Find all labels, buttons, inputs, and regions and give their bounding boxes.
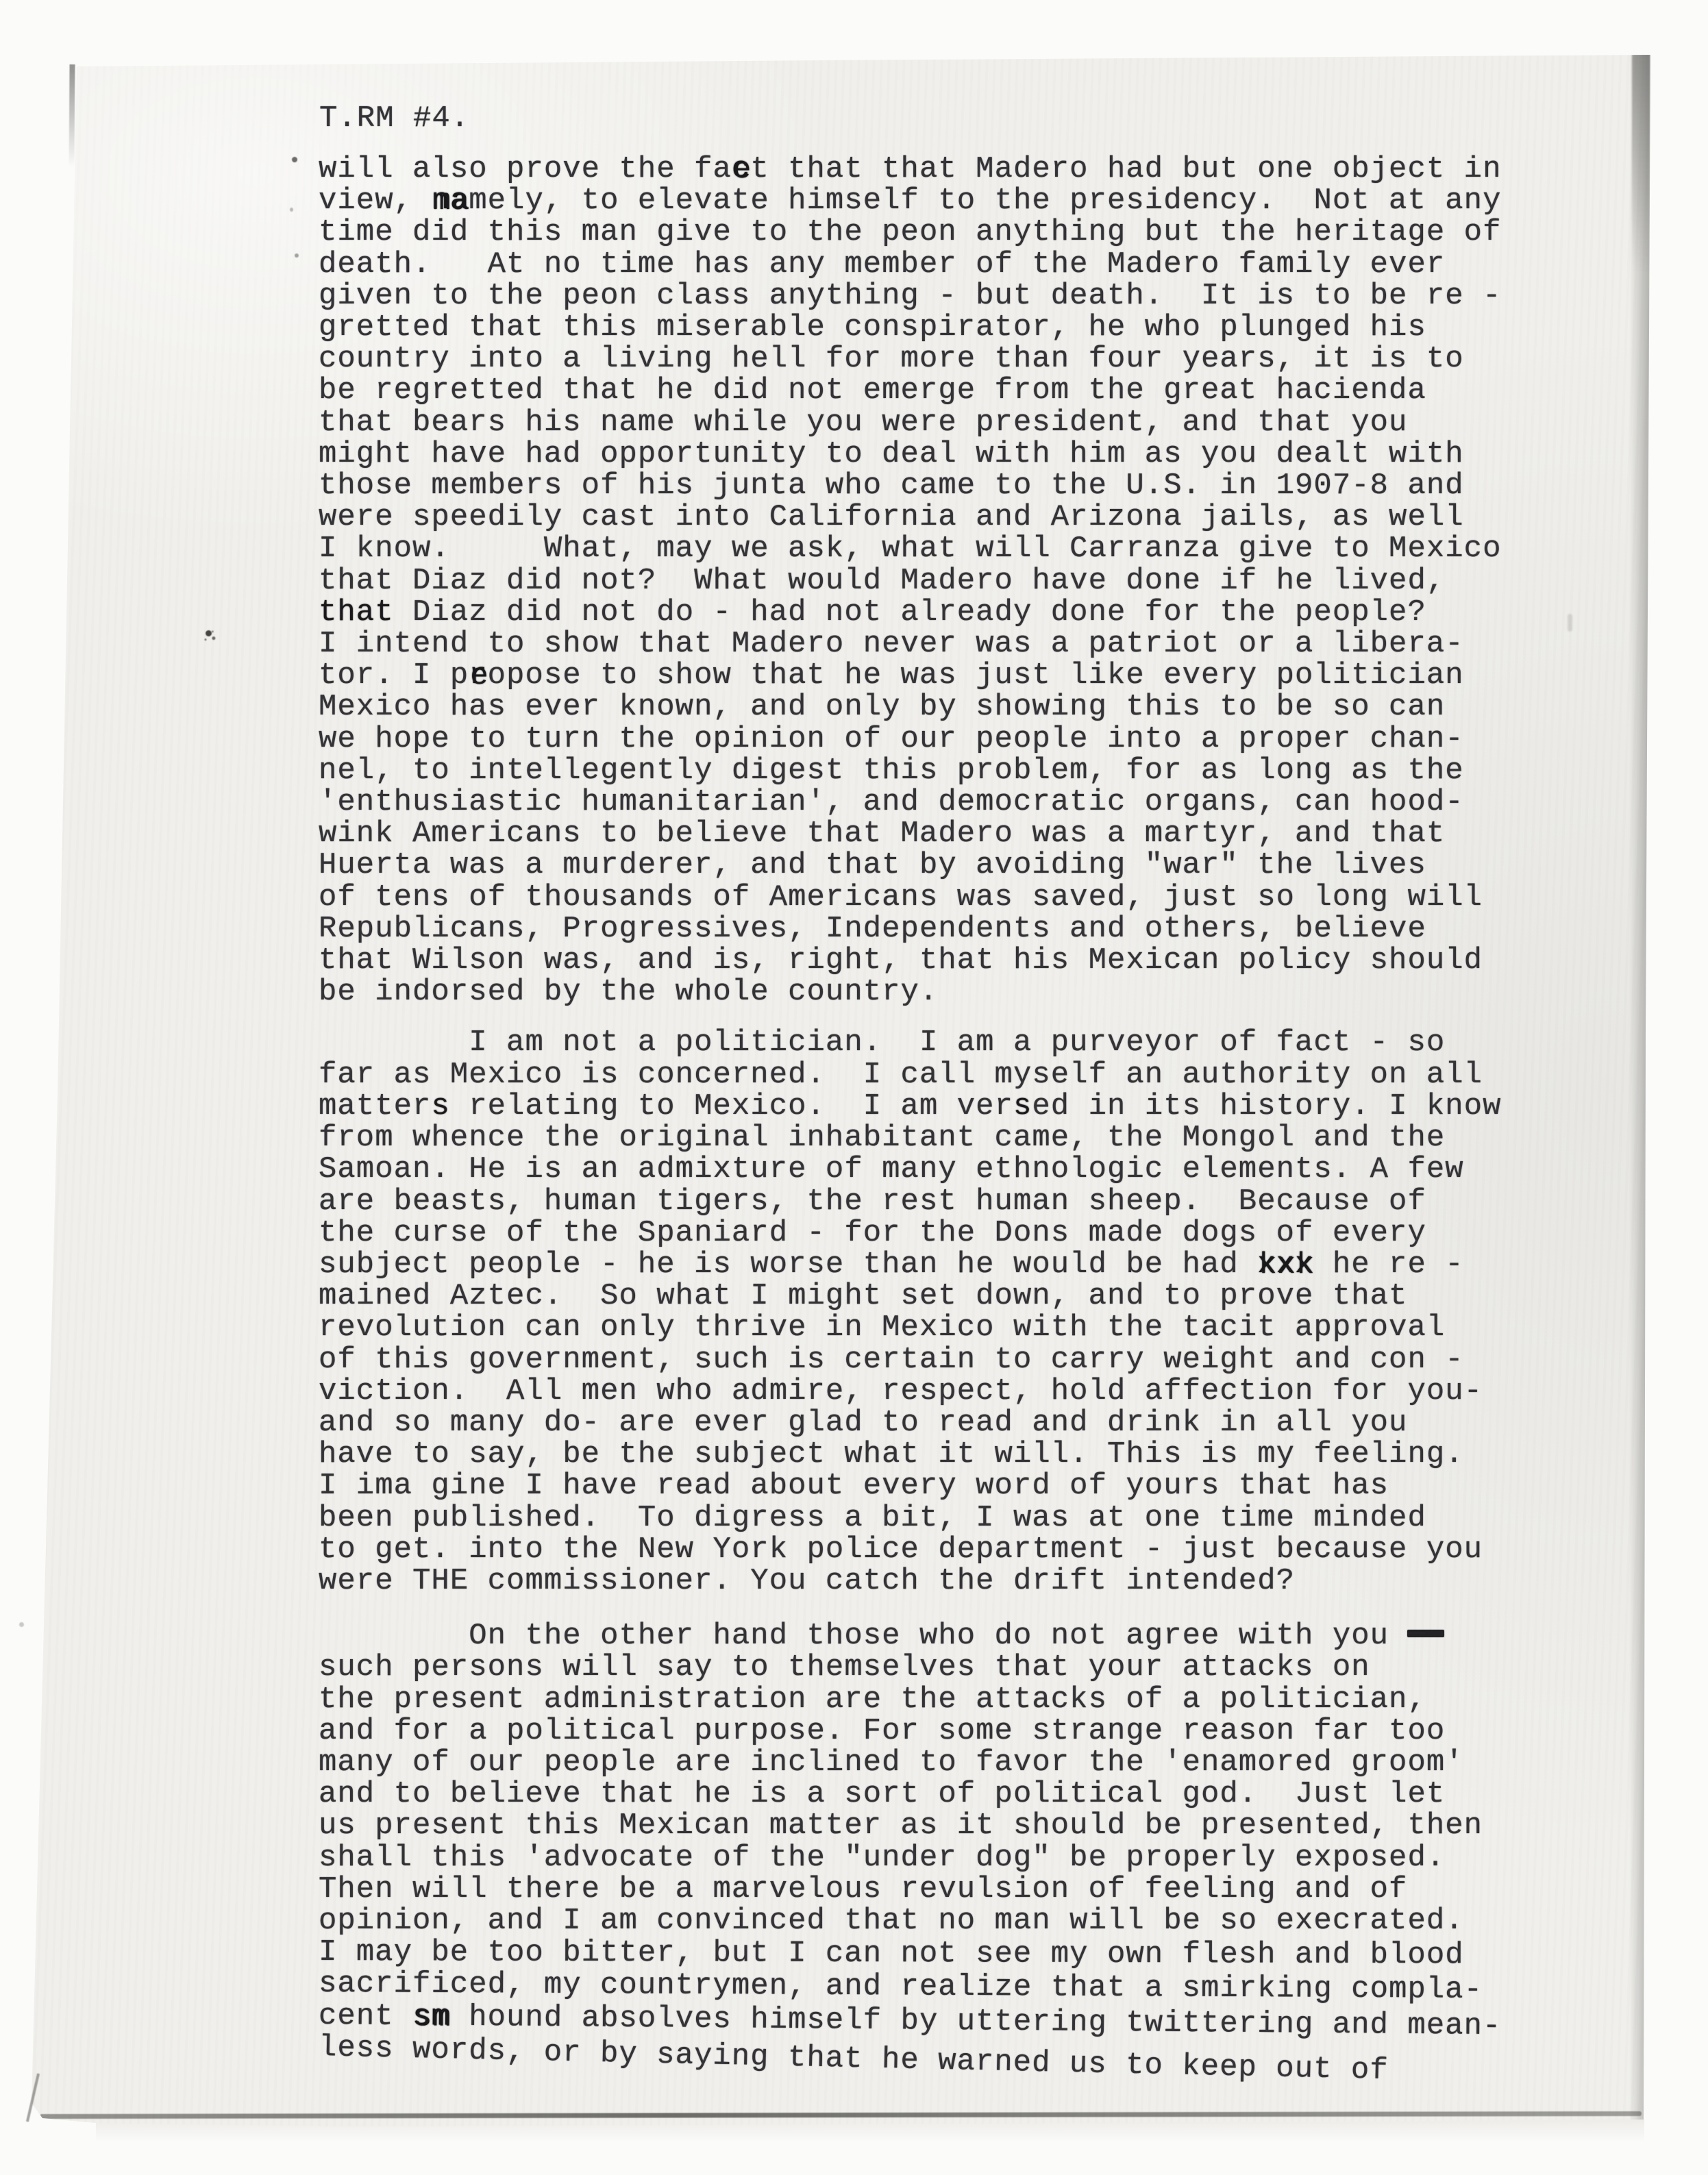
overstruck-text: s <box>1013 1089 1032 1123</box>
paper-right-edge-shadow-top <box>1632 53 1650 273</box>
overstruck-text: that <box>319 595 394 630</box>
text-line: Then will there be a marvelous revulsion… <box>319 1874 1545 1905</box>
overstruck-text: xxx <box>1257 1249 1313 1280</box>
text-line: Mexico has ever known, and only by showi… <box>319 691 1545 723</box>
paragraph: will also prove the fact that that Mader… <box>319 153 1545 1008</box>
ink-speck <box>19 1622 24 1627</box>
typewritten-text: will also prove the fact that that Mader… <box>319 153 1545 2063</box>
ink-speck <box>290 208 293 212</box>
text-line: Samoan. He is an admixture of many ethno… <box>319 1154 1545 1185</box>
text-line: been published. To digress a bit, I was … <box>319 1502 1545 1534</box>
text-line: death. At no time has any member of the … <box>319 249 1545 280</box>
text-line: Huerta was a murderer, and that by avoid… <box>319 849 1545 881</box>
text-line: the present administration are the attac… <box>319 1684 1545 1715</box>
text-line: opinion, and I am convinced that no man … <box>319 1905 1545 1937</box>
text-line: view, namely, to elevate himself to the … <box>319 185 1545 216</box>
text-line: were THE commissioner. You catch the dri… <box>319 1565 1545 1597</box>
text-line: revolution can only thrive in Mexico wit… <box>319 1312 1545 1343</box>
text-line: far as Mexico is concerned. I call mysel… <box>319 1059 1545 1091</box>
text-line: gretted that this miserable conspirator,… <box>319 312 1545 343</box>
overstruck-text: sm <box>412 2001 450 2033</box>
text-line: that Diaz did not? What would Madero hav… <box>319 565 1545 597</box>
text-line: that bears his name while you were presi… <box>319 407 1545 438</box>
paper-right-edge-shadow <box>1629 53 1650 2122</box>
text-line: to get. into the New York police departm… <box>319 1534 1545 1565</box>
text-line: be regretted that he did not emerge from… <box>319 375 1545 406</box>
ink-speck <box>292 157 297 162</box>
overstruck-text: c <box>732 153 750 185</box>
text-line: time did this man give to the peon anyth… <box>319 216 1545 248</box>
overstruck-text: s <box>431 1089 449 1123</box>
text-line: matters relating to Mexico. I am versed … <box>319 1091 1545 1122</box>
paragraph: On the other hand those who do not agree… <box>319 1620 1545 2063</box>
text-line: viction. All men who admire, respect, ho… <box>319 1376 1545 1407</box>
text-line: I am not a politician. I am a purveyor o… <box>319 1027 1545 1058</box>
text-line: country into a living hell for more than… <box>319 343 1545 375</box>
text-line: I intend to show that Madero never was a… <box>319 628 1545 660</box>
text-line: we hope to turn the opinion of our peopl… <box>319 723 1545 755</box>
text-line: might have had opportunity to deal with … <box>319 438 1545 470</box>
text-line: mained Aztec. So what I might set down, … <box>319 1280 1545 1312</box>
text-line: from whence the original inhabitant came… <box>319 1122 1545 1154</box>
text-line: of this government, such is certain to c… <box>319 1344 1545 1376</box>
text-line: many of our people are inclined to favor… <box>319 1747 1545 1778</box>
ink-speck <box>295 253 299 258</box>
text-line: and so many do- are ever glad to read an… <box>319 1407 1545 1439</box>
text-line: tor. I propose to show that he was just … <box>319 660 1545 691</box>
text-line: were speedily cast into California and A… <box>319 501 1545 533</box>
text-line: such persons will say to themselves that… <box>319 1652 1545 1683</box>
text-line: have to say, be the subject what it will… <box>319 1439 1545 1470</box>
text-line: nel, to intellegently digest this proble… <box>319 755 1545 786</box>
scan-streak <box>1568 614 1572 632</box>
text-line: of tens of thousands of Americans was sa… <box>319 882 1545 913</box>
text-line: that Wilson was, and is, right, that his… <box>319 945 1545 976</box>
text-line: that Diaz did not do - had not already d… <box>319 597 1545 628</box>
document-page: T.RM #4. will also prove the fact that t… <box>0 0 1708 2175</box>
text-line: will also prove the fact that that Mader… <box>319 153 1545 185</box>
text-line: be indorsed by the whole country. <box>319 976 1545 1008</box>
paragraph: I am not a politician. I am a purveyor o… <box>319 1027 1545 1597</box>
text-line: and to believe that he is a sort of poli… <box>319 1778 1545 1810</box>
scanned-document-image: T.RM #4. will also prove the fact that t… <box>0 0 1708 2175</box>
text-line: Republicans, Progressives, Independents … <box>319 913 1545 945</box>
paper-bottom-edge <box>40 2111 1642 2119</box>
text-line: wink Americans to believe that Madero wa… <box>319 818 1545 849</box>
text-line: those members of his junta who came to t… <box>319 470 1545 501</box>
text-line: shall this 'advocate of the "under dog" … <box>319 1842 1545 1874</box>
text-line: are beasts, human tigers, the rest human… <box>319 1186 1545 1217</box>
text-line: given to the peon class anything - but d… <box>319 280 1545 312</box>
text-line: subject people - he is worse than he wou… <box>319 1249 1545 1280</box>
text-line: and for a political purpose. For some st… <box>319 1715 1545 1747</box>
text-line: On the other hand those who do not agree… <box>319 1620 1545 1652</box>
heavy-dash-mark: — <box>1407 1630 1444 1637</box>
page-label: T.RM #4. <box>319 103 469 134</box>
text-line: us present this Mexican matter as it sho… <box>319 1810 1545 1841</box>
overstruck-text: r <box>469 660 487 691</box>
text-line: 'enthusiastic humanitarian', and democra… <box>319 786 1545 818</box>
text-line: I know. What, may we ask, what will Carr… <box>319 533 1545 564</box>
text-line: the curse of the Spaniard - for the Dons… <box>319 1217 1545 1249</box>
text-line: I may be too bitter, but I can not see m… <box>319 1937 1545 1972</box>
overstruck-text: na <box>431 185 469 216</box>
text-line: I ima gine I have read about every word … <box>319 1470 1545 1502</box>
paper-left-edge <box>69 64 75 167</box>
